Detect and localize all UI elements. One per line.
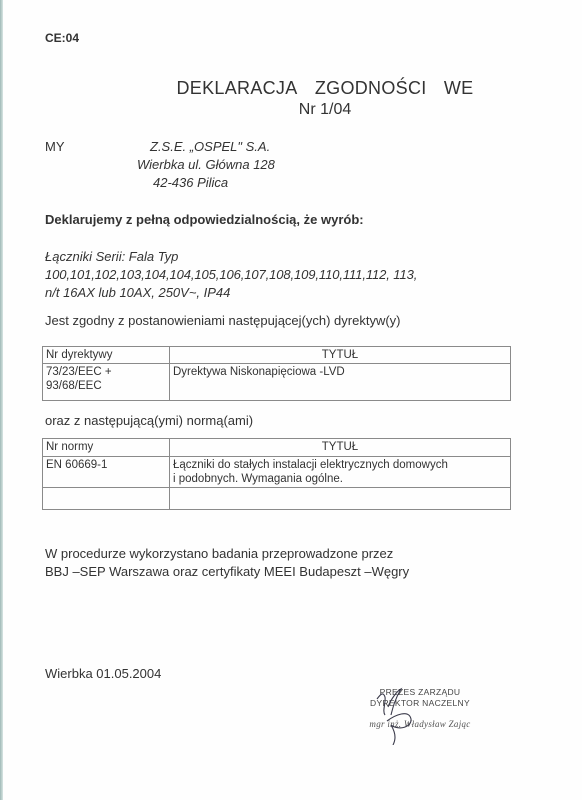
signature-icon [355,685,435,745]
title-word-2: ZGODNOŚCI [315,78,427,98]
company-name: Z.S.E. „OSPEL" S.A. [150,139,270,154]
norm-title-cell [170,488,511,510]
declaration-heading: Deklarujemy z pełną odpowiedzialnością, … [45,212,364,227]
product-line-3: n/t 16AX lub 10AX, 250V~, IP44 [45,285,230,300]
table-row-empty [43,488,511,510]
norm-title-cell: Łączniki do stałych instalacji elektrycz… [170,457,511,488]
company-street: Wierbka ul. Główna 128 [137,157,275,172]
product-line-2: 100,101,102,103,104,104,105,106,107,108,… [45,267,417,282]
header-directive-number: Nr dyrektywy [43,347,170,364]
document-code: CE:04 [45,31,79,45]
document-title: DEKLARACJA ZGODNOŚCI WE [0,78,582,99]
table-row: EN 60669-1 Łączniki do stałych instalacj… [43,457,511,488]
directive-number-cell: 73/23/EEC + 93/68/EEC [43,364,170,401]
table-header-row: Nr normy TYTUŁ [43,439,511,457]
conformity-text: Jest zgodny z postanowieniami następując… [45,313,401,328]
header-title: TYTUŁ [170,439,511,457]
header-title: TYTUŁ [170,347,511,364]
title-word-1: DEKLARACJA [177,78,298,98]
page-edge [0,0,3,800]
table-row: 73/23/EEC + 93/68/EEC Dyrektywa Niskonap… [43,364,511,401]
table-header-row: Nr dyrektywy TYTUŁ [43,347,511,364]
product-line-1: Łączniki Serii: Fala Typ [45,249,178,264]
title-word-3: WE [444,78,474,98]
company-city: 42-436 Pilica [153,175,228,190]
directives-table: Nr dyrektywy TYTUŁ 73/23/EEC + 93/68/EEC… [42,346,511,401]
document-number: Nr 1/04 [0,101,582,119]
norm-title-line-1: Łączniki do stałych instalacji elektrycz… [173,458,507,472]
procedure-line-1: W procedurze wykorzystano badania przepr… [45,546,393,561]
norm-title-line-2: i podobnych. Wymagania ogólne. [173,472,507,486]
procedure-line-2: BBJ –SEP Warszawa oraz certyfikaty MEEI … [45,564,409,579]
header-norm-number: Nr normy [43,439,170,457]
directive-number-line-2: 93/68/EEC [46,379,166,393]
norms-table: Nr normy TYTUŁ EN 60669-1 Łączniki do st… [42,438,511,510]
norm-number-cell: EN 60669-1 [43,457,170,488]
norms-text: oraz z następującą(ymi) normą(ami) [45,413,253,428]
place-date: Wierbka 01.05.2004 [45,666,161,681]
we-label: MY [45,139,65,154]
directive-title-cell: Dyrektywa Niskonapięciowa -LVD [170,364,511,401]
norm-number-cell [43,488,170,510]
directive-number-line-1: 73/23/EEC + [46,365,166,379]
